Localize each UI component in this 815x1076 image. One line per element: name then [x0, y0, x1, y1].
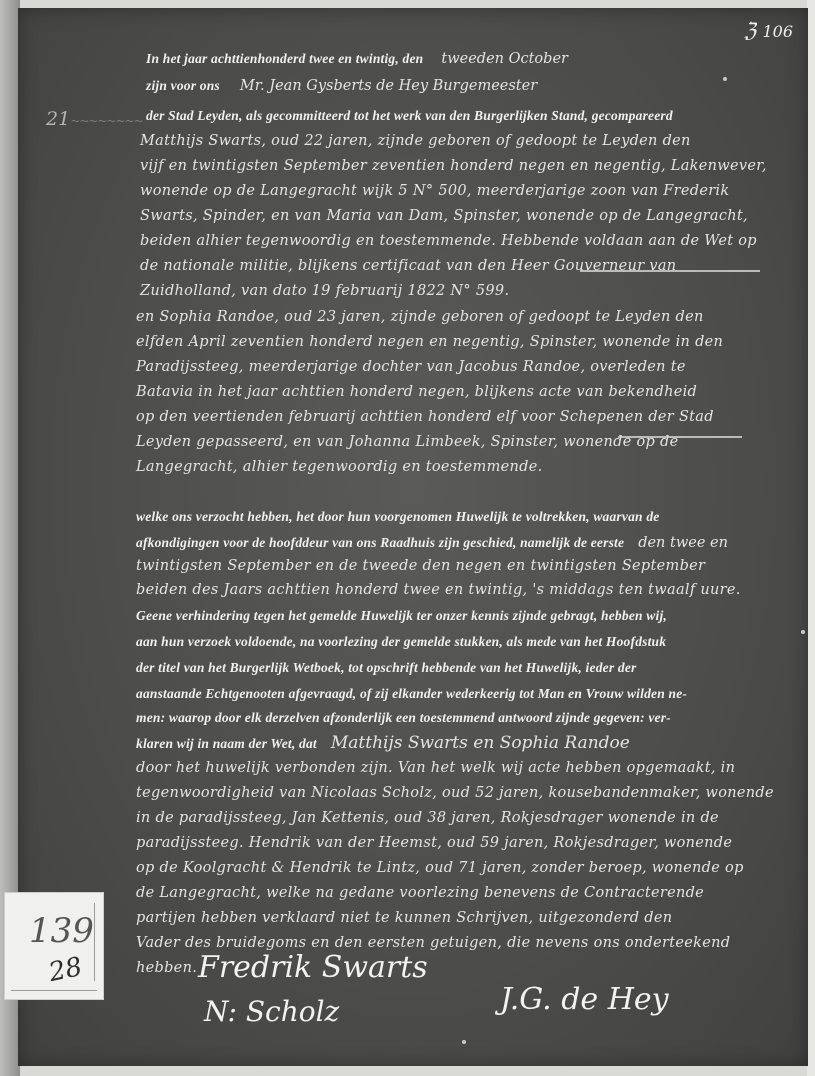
folio-number: ℨ 106	[744, 18, 793, 42]
card-rule-vertical	[94, 903, 95, 981]
witness-line: op de Koolgracht & Hendrik te Lintz, oud…	[136, 860, 744, 876]
header-line-1: In het jaar achttienhonderd twee en twin…	[146, 50, 568, 68]
proclamation-line: twintigsten September en de tweede den n…	[136, 558, 705, 574]
bride-line: Langegracht, alhier tegenwoordig en toes…	[136, 459, 543, 475]
witness-line: in de paradijssteeg, Jan Kettenis, oud 3…	[136, 810, 719, 826]
witness-line: paradijssteeg. Hendrik van der Heemst, o…	[136, 835, 732, 851]
groom-line: wonende op de Langegracht wijk 5 N° 500,…	[140, 183, 729, 199]
witness-line: door het huwelijk verbonden zijn. Van he…	[136, 760, 735, 776]
header-line-2: zijn voor ons Mr. Jean Gysberts de Hey B…	[146, 77, 537, 95]
declaration-line: klaren wij in naam der Wet, dat Matthijs…	[136, 733, 630, 753]
proclamation-line: beiden des Jaars achttien honderd twee e…	[136, 582, 741, 598]
bride-line: Paradijssteeg, meerderjarige dochter van…	[136, 359, 686, 375]
groom-line: Zuidholland, van dato 19 februarij 1822 …	[140, 283, 509, 299]
card-rule-horizontal	[11, 990, 97, 991]
margin-entry-number: 21~~~~~~~~	[46, 108, 143, 130]
dust-spot	[723, 77, 727, 81]
signature-mayor: J.G. de Hey	[500, 982, 669, 1017]
groom-line: Matthijs Swarts, oud 22 jaren, zijnde ge…	[140, 133, 691, 149]
groom-line: beiden alhier tegenwoordig en toestemmen…	[140, 233, 757, 249]
witness-line: partijen hebben verklaard niet te kunnen…	[136, 910, 672, 926]
witness-line: de Langegracht, welke na gedane voorlezi…	[136, 885, 704, 901]
filler-rule	[618, 436, 742, 438]
filler-rule	[580, 270, 760, 272]
bride-line: Batavia in het jaar achttien honderd neg…	[136, 384, 697, 400]
signature-father: Fredrik Swarts	[198, 950, 428, 985]
dust-spot	[462, 1040, 466, 1044]
bride-line: op den veertienden februarij achttien ho…	[136, 409, 714, 425]
bride-line: Leyden gepasseerd, en van Johanna Limbee…	[136, 434, 678, 450]
witness-line: hebben.	[136, 960, 197, 976]
folio-mark: ℨ	[744, 18, 756, 42]
ceremony-line: men: waarop door elk derzelven afzonderl…	[136, 710, 671, 726]
ceremony-line: aan hun verzoek voldoende, na voorlezing…	[136, 634, 666, 650]
signature-witness: N: Scholz	[204, 995, 339, 1028]
bride-line: elfden April zeventien honderd negen en …	[136, 334, 723, 350]
folio-value: 106	[762, 22, 793, 41]
ceremony-line: aanstaande Echtgenooten afgevraagd, of z…	[136, 686, 687, 702]
proclamation-line: welke ons verzocht hebben, het door hun …	[136, 508, 659, 526]
archive-label-card: 139 28	[4, 892, 104, 1000]
witness-line: Vader des bruidegoms en den eersten getu…	[136, 935, 730, 951]
groom-line: Swarts, Spinder, en van Maria van Dam, S…	[140, 208, 748, 224]
archive-subnumber: 28	[46, 952, 85, 988]
scan-edge-right	[807, 0, 815, 1076]
archive-number: 139	[29, 911, 94, 951]
groom-line: vijf en twintigsten September zeventien …	[140, 158, 767, 174]
ceremony-line: Geene verhindering tegen het gemelde Huw…	[136, 608, 667, 624]
witness-line: tegenwoordigheid van Nicolaas Scholz, ou…	[136, 785, 774, 801]
bride-line: en Sophia Randoe, oud 23 jaren, zijnde g…	[136, 309, 704, 325]
ceremony-line: der titel van het Burgerlijk Wetboek, to…	[136, 660, 636, 676]
dust-spot	[801, 630, 805, 634]
header-line-3: der Stad Leyden, als gecommitteerd tot h…	[146, 107, 673, 125]
proclamation-line: afkondigingen voor de hoofddeur van ons …	[136, 534, 728, 552]
